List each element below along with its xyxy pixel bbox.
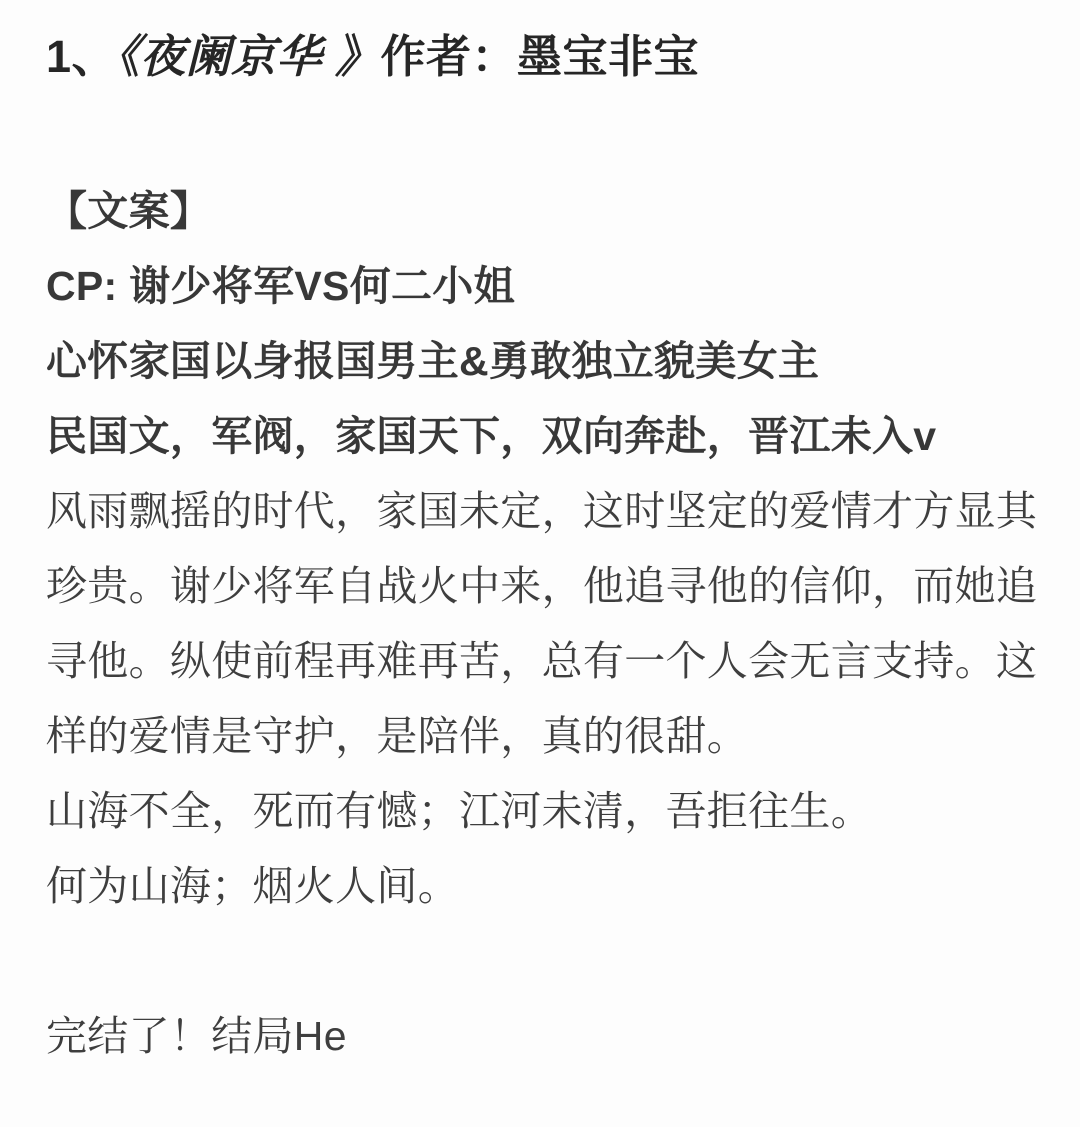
quote-line-1: 山海不全，死而有憾；江河未清，吾拒往生。 (46, 774, 1042, 849)
leads-line: 心怀家国以身报国男主&勇敢独立貌美女主 (46, 324, 1042, 399)
synopsis-line: 寻他。纵使前程再难再苦，总有一个人会无言支持。这 (46, 624, 1042, 699)
tags-line: 民国文，军阀，家国天下，双向奔赴，晋江未入v (46, 399, 1042, 474)
completion-status: 完结了！结局He (46, 999, 1042, 1074)
synopsis-line: 风雨飘摇的时代，家国未定，这时坚定的爱情才方显其 (46, 474, 1042, 549)
synopsis-header: 【文案】 (46, 174, 1042, 249)
cp-line: CP: 谢少将军VS何二小姐 (46, 249, 1042, 324)
quote-line-2: 何为山海；烟火人间。 (46, 849, 1042, 924)
book-title-line: 1、《夜阑京华 》作者：墨宝非宝 (46, 24, 1042, 90)
article-page: 1、《夜阑京华 》作者：墨宝非宝 【文案】 CP: 谢少将军VS何二小姐 心怀家… (0, 0, 1080, 1127)
synopsis-line: 珍贵。谢少将军自战火中来，他追寻他的信仰，而她追 (46, 549, 1042, 624)
book-name: 《夜阑京华 》 (117, 31, 381, 82)
article-body: 【文案】 CP: 谢少将军VS何二小姐 心怀家国以身报国男主&勇敢独立貌美女主 … (46, 174, 1042, 1074)
blank-line (46, 924, 1042, 999)
synopsis-line: 样的爱情是守护，是陪伴，真的很甜。 (46, 699, 1042, 774)
list-number: 1、 (46, 31, 117, 82)
author-credit: 作者：墨宝非宝 (381, 31, 700, 82)
